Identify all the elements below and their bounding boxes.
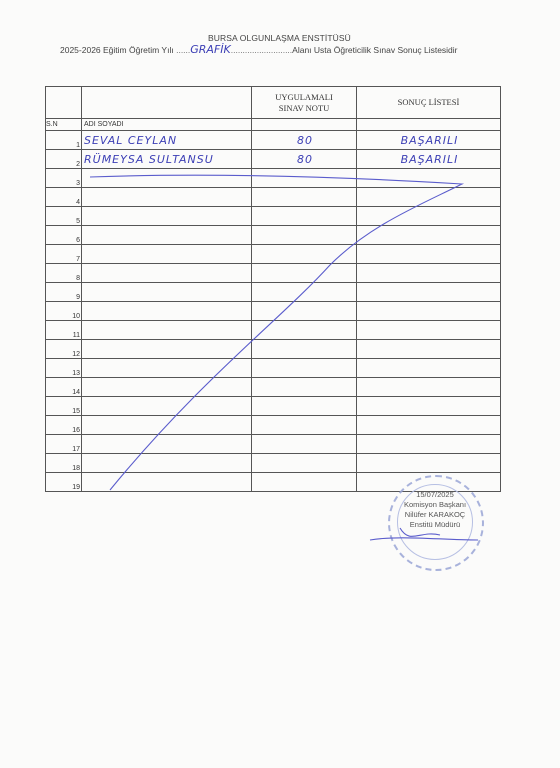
document-page: BURSA OLGUNLAŞMA ENSTİTÜSÜ 2025-2026 Eği… — [0, 0, 560, 768]
handwritten-strikethrough-line — [0, 0, 560, 768]
signature-icon — [370, 528, 478, 540]
